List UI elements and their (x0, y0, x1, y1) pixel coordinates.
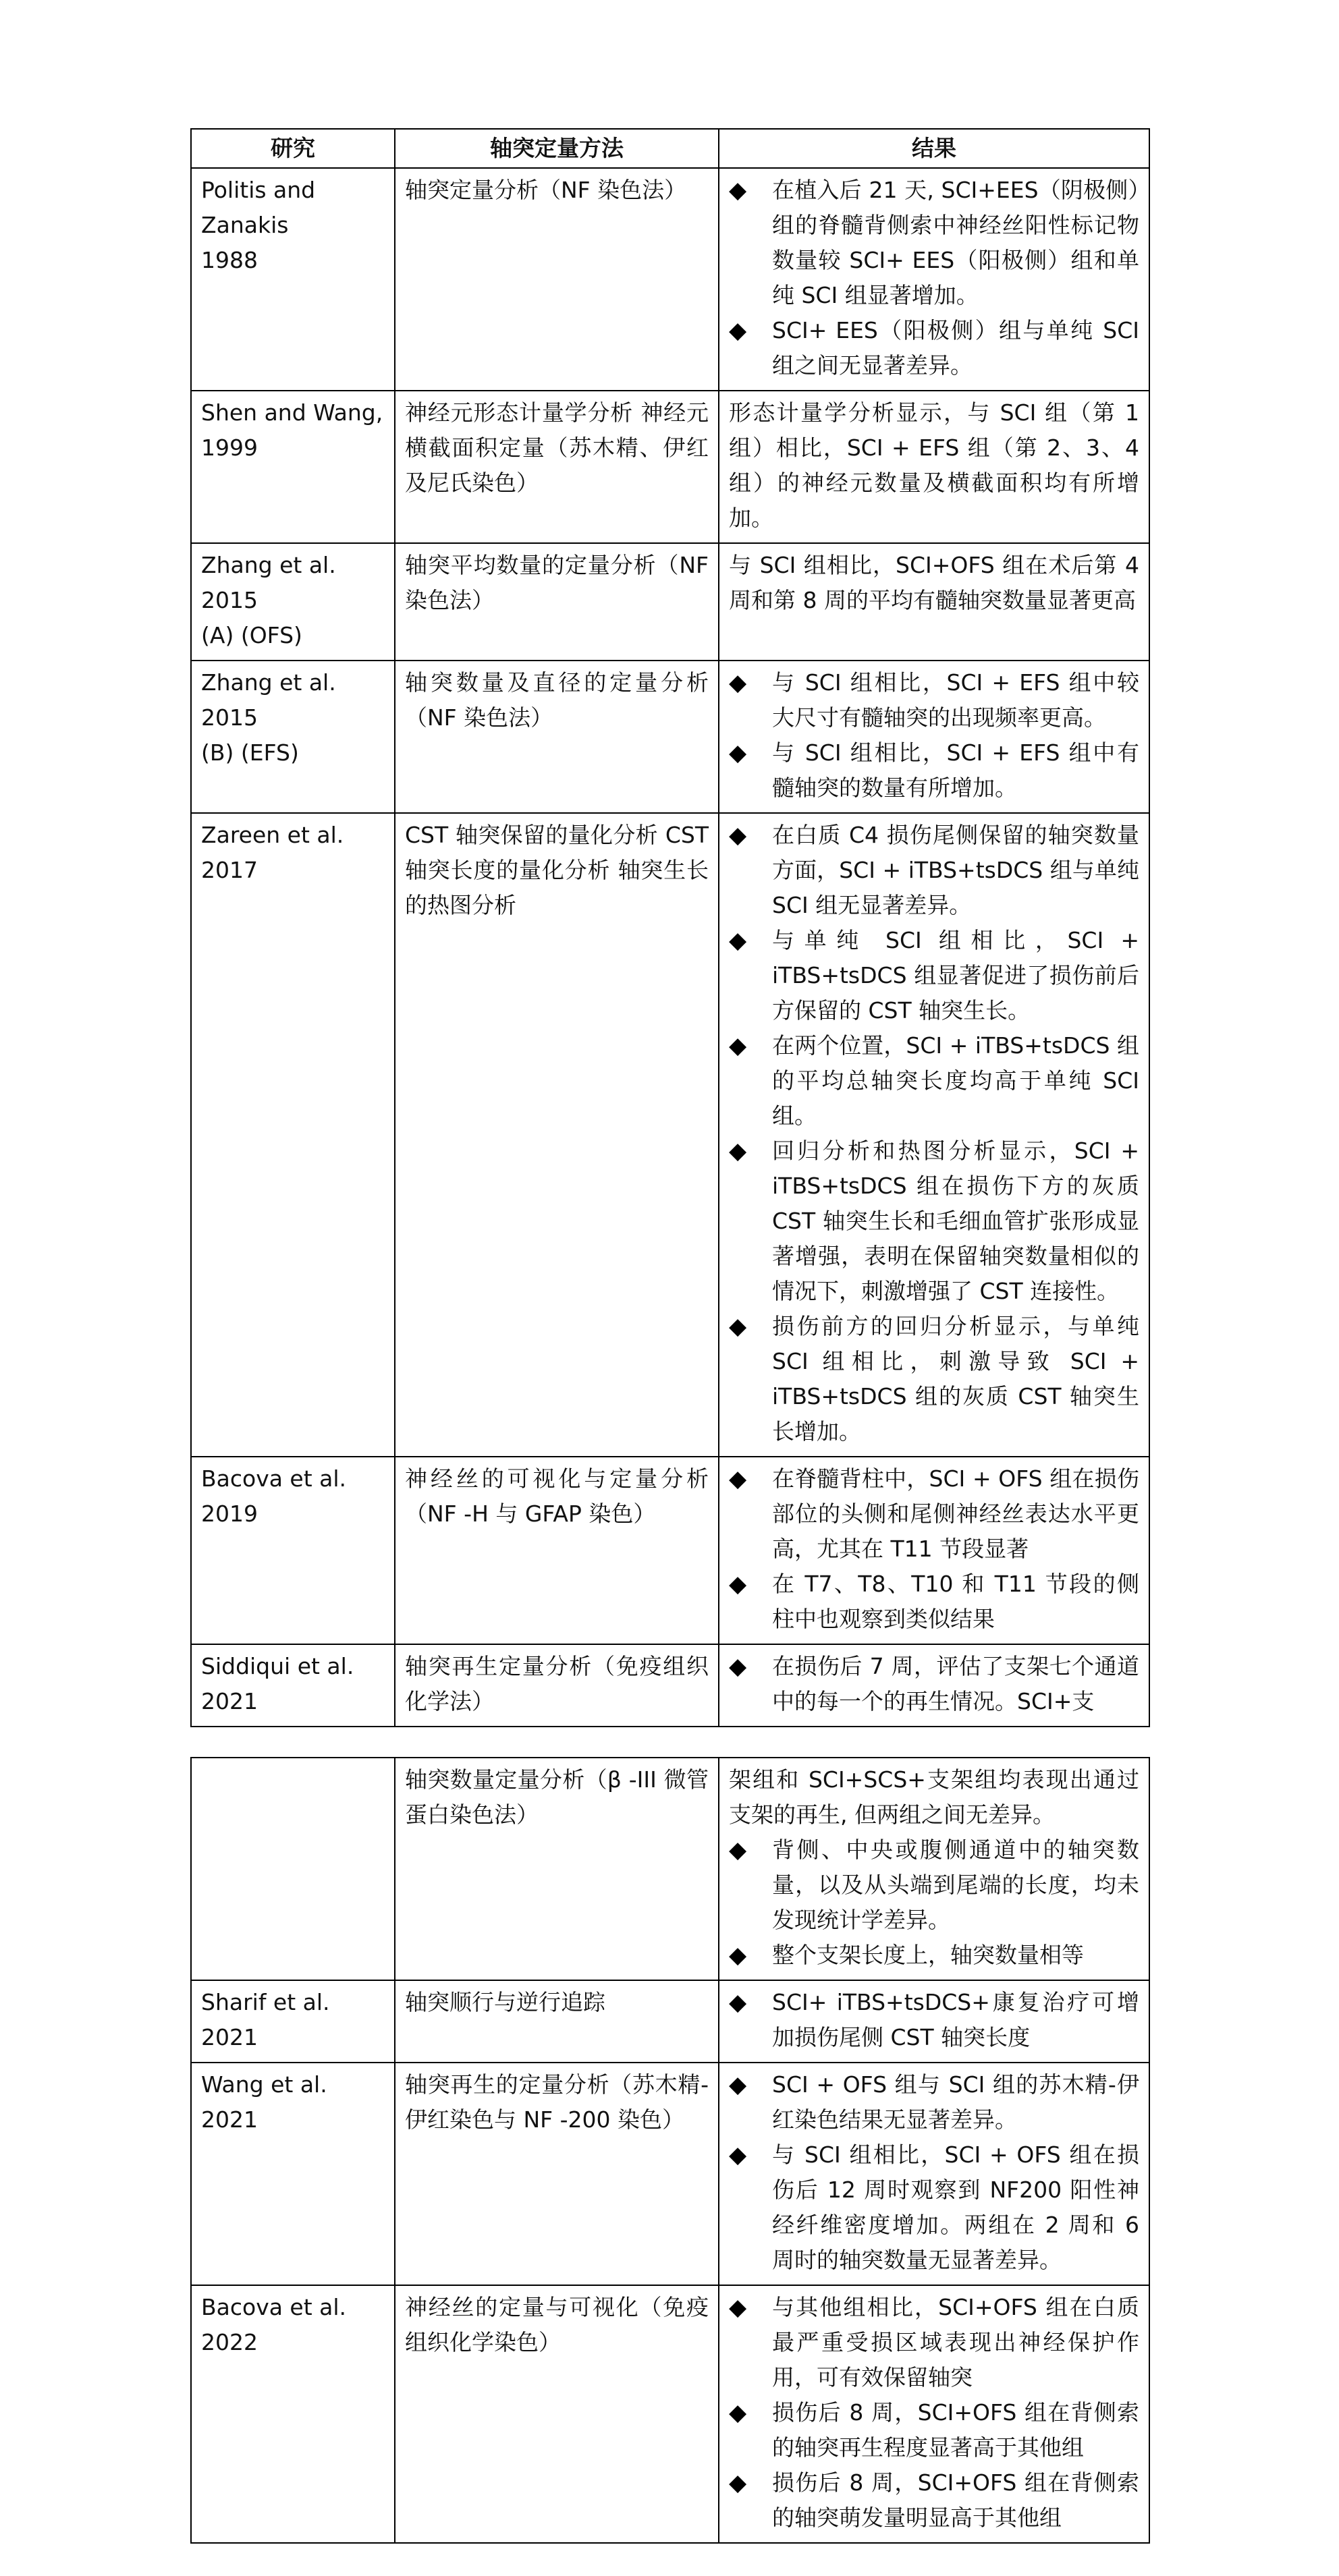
result-text: 与 SCI 组相比，SCI + OFS 组在损伤后 12 周时观察到 NF200… (772, 2137, 1139, 2278)
study-cell: Zhang et al.2015(B) (EFS) (191, 661, 395, 813)
study-line: Bacova et al. (201, 1461, 385, 1496)
study-line: 2019 (201, 1496, 385, 1532)
result-bullet-item: ◆在白质 C4 损伤尾侧保留的轴突数量方面，SCI + iTBS+tsDCS 组… (729, 818, 1139, 923)
result-text: 在植入后 21 天, SCI+EES（阴极侧）组的脊髓背侧索中神经丝阳性标记物数… (772, 173, 1139, 313)
diamond-bullet-icon: ◆ (729, 313, 772, 348)
table-row: 轴突数量定量分析（β -III 微管蛋白染色法）架组和 SCI+SCS+支架组均… (191, 1758, 1149, 1980)
result-text: 整个支架长度上，轴突数量相等 (772, 1938, 1139, 1973)
diamond-bullet-icon: ◆ (729, 1133, 772, 1169)
study-cell: Wang et al.2021 (191, 2063, 395, 2285)
result-text: 损伤后 8 周，SCI+OFS 组在背侧索的轴突萌发量明显高于其他组 (772, 2465, 1139, 2536)
study-line: 2022 (201, 2325, 385, 2360)
study-line: Wang et al. (201, 2067, 385, 2102)
studies-table-part-2: 轴突数量定量分析（β -III 微管蛋白染色法）架组和 SCI+SCS+支架组均… (190, 1757, 1150, 2544)
result-text: 背侧、中央或腹侧通道中的轴突数量，以及从头端到尾端的长度，均未发现统计学差异。 (772, 1832, 1139, 1938)
diamond-bullet-icon: ◆ (729, 2290, 772, 2325)
study-cell: Bacova et al.2022 (191, 2285, 395, 2543)
result-text: 架组和 SCI+SCS+支架组均表现出通过支架的再生, 但两组之间无差异。 (729, 1762, 1139, 1832)
method-cell: 神经丝的可视化与定量分析 （NF -H 与 GFAP 染色） (395, 1457, 719, 1644)
page: { "table": { "bullet_glyph": "◆", "heade… (0, 0, 1339, 2576)
diamond-bullet-icon: ◆ (729, 2137, 772, 2173)
study-line: Zanakis (201, 208, 385, 243)
results-cell: ◆SCI+ iTBS+tsDCS+康复治疗可增加损伤尾侧 CST 轴突长度 (719, 1980, 1149, 2063)
study-cell: Shen and Wang,1999 (191, 391, 395, 543)
results-cell: ◆与 SCI 组相比，SCI + EFS 组中较大尺寸有髓轴突的出现频率更高。◆… (719, 661, 1149, 813)
method-cell: 轴突再生定量分析（免疫组织化学法） (395, 1644, 719, 1727)
result-text: 在脊髓背柱中，SCI + OFS 组在损伤部位的头侧和尾侧神经丝表达水平更高，尤… (772, 1461, 1139, 1567)
studies-table-part-1: 研究轴突定量方法结果Politis andZanakis1988轴突定量分析（N… (190, 128, 1150, 1727)
study-line: (A) (OFS) (201, 618, 385, 653)
result-text: 回归分析和热图分析显示，SCI + iTBS+tsDCS 组在损伤下方的灰质 C… (772, 1133, 1139, 1309)
header-row: 研究轴突定量方法结果 (191, 129, 1149, 168)
result-bullet-item: ◆损伤后 8 周，SCI+OFS 组在背侧索的轴突萌发量明显高于其他组 (729, 2465, 1139, 2536)
results-cell: ◆在损伤后 7 周，评估了支架七个通道中的每一个的再生情况。SCI+支 (719, 1644, 1149, 1727)
result-text: 在 T7、T8、T10 和 T11 节段的侧柱中也观察到类似结果 (772, 1567, 1139, 1637)
diamond-bullet-icon: ◆ (729, 1938, 772, 1973)
method-cell: 轴突平均数量的定量分析（NF 染色法） (395, 543, 719, 661)
diamond-bullet-icon: ◆ (729, 1028, 772, 1063)
study-line: 2021 (201, 2102, 385, 2137)
study-line: Siddiqui et al. (201, 1649, 385, 1684)
result-text: 损伤前方的回归分析显示，与单纯 SCI 组相比，刺激导致 SCI + iTBS+… (772, 1309, 1139, 1449)
study-cell: Zhang et al.2015(A) (OFS) (191, 543, 395, 661)
diamond-bullet-icon: ◆ (729, 923, 772, 958)
document-body: 研究轴突定量方法结果Politis andZanakis1988轴突定量分析（N… (190, 128, 1149, 2544)
table-row: Zareen et al.2017CST 轴突保留的量化分析 CST 轴突长度的… (191, 813, 1149, 1457)
result-bullet-item: ◆背侧、中央或腹侧通道中的轴突数量，以及从头端到尾端的长度，均未发现统计学差异。 (729, 1832, 1139, 1938)
method-cell: 轴突顺行与逆行追踪 (395, 1980, 719, 2063)
result-bullet-item: ◆SCI+ iTBS+tsDCS+康复治疗可增加损伤尾侧 CST 轴突长度 (729, 1985, 1139, 2055)
method-cell: 神经元形态计量学分析 神经元横截面积定量（苏木精、伊红及尼氏染色） (395, 391, 719, 543)
result-bullet-item: ◆在脊髓背柱中，SCI + OFS 组在损伤部位的头侧和尾侧神经丝表达水平更高，… (729, 1461, 1139, 1567)
study-cell: Sharif et al.2021 (191, 1980, 395, 2063)
result-text: SCI+ iTBS+tsDCS+康复治疗可增加损伤尾侧 CST 轴突长度 (772, 1985, 1139, 2055)
results-cell: ◆在植入后 21 天, SCI+EES（阴极侧）组的脊髓背侧索中神经丝阳性标记物… (719, 168, 1149, 391)
result-text: 与 SCI 组相比，SCI + EFS 组中较大尺寸有髓轴突的出现频率更高。 (772, 665, 1139, 735)
diamond-bullet-icon: ◆ (729, 665, 772, 700)
table-row: Bacova et al.2019神经丝的可视化与定量分析 （NF -H 与 G… (191, 1457, 1149, 1644)
result-bullet-item: ◆在植入后 21 天, SCI+EES（阴极侧）组的脊髓背侧索中神经丝阳性标记物… (729, 173, 1139, 313)
study-line: Bacova et al. (201, 2290, 385, 2325)
method-cell: 轴突数量定量分析（β -III 微管蛋白染色法） (395, 1758, 719, 1980)
column-header-study: 研究 (191, 129, 395, 168)
method-cell: 轴突再生的定量分析（苏木精-伊红染色与 NF -200 染色） (395, 2063, 719, 2285)
diamond-bullet-icon: ◆ (729, 818, 772, 853)
result-text: 与 SCI 组相比，SCI + EFS 组中有髓轴突的数量有所增加。 (772, 735, 1139, 806)
study-line: Sharif et al. (201, 1985, 385, 2020)
diamond-bullet-icon: ◆ (729, 735, 772, 771)
result-bullet-item: ◆与 SCI 组相比，SCI + EFS 组中较大尺寸有髓轴突的出现频率更高。 (729, 665, 1139, 735)
study-line: Shen and Wang, (201, 395, 385, 430)
study-line: 1988 (201, 243, 385, 278)
table-row: Zhang et al.2015(B) (EFS)轴突数量及直径的定量分析 （N… (191, 661, 1149, 813)
study-line: Zareen et al. (201, 818, 385, 853)
result-bullet-item: ◆与单纯 SCI 组相比，SCI + iTBS+tsDCS 组显著促进了损伤前后… (729, 923, 1139, 1028)
study-line: 2021 (201, 1684, 385, 1719)
diamond-bullet-icon: ◆ (729, 1461, 772, 1496)
result-bullet-item: ◆在损伤后 7 周，评估了支架七个通道中的每一个的再生情况。SCI+支 (729, 1649, 1139, 1719)
diamond-bullet-icon: ◆ (729, 2465, 772, 2500)
result-bullet-item: ◆与 SCI 组相比，SCI + EFS 组中有髓轴突的数量有所增加。 (729, 735, 1139, 806)
column-header-method: 轴突定量方法 (395, 129, 719, 168)
diamond-bullet-icon: ◆ (729, 1309, 772, 1344)
result-text: 形态计量学分析显示，与 SCI 组（第 1 组）相比，SCI + EFS 组（第… (729, 395, 1139, 536)
table-row: Zhang et al.2015(A) (OFS)轴突平均数量的定量分析（NF … (191, 543, 1149, 661)
study-line: 2021 (201, 2020, 385, 2055)
result-text: 在损伤后 7 周，评估了支架七个通道中的每一个的再生情况。SCI+支 (772, 1649, 1139, 1719)
results-cell: ◆与其他组相比，SCI+OFS 组在白质最严重受损区域表现出神经保护作用，可有效… (719, 2285, 1149, 2543)
results-cell: ◆在白质 C4 损伤尾侧保留的轴突数量方面，SCI + iTBS+tsDCS 组… (719, 813, 1149, 1457)
study-cell: Zareen et al.2017 (191, 813, 395, 1457)
result-bullet-item: ◆损伤前方的回归分析显示，与单纯 SCI 组相比，刺激导致 SCI + iTBS… (729, 1309, 1139, 1449)
result-bullet-item: ◆SCI+ EES（阳极侧）组与单纯 SCI 组之间无显著差异。 (729, 313, 1139, 383)
diamond-bullet-icon: ◆ (729, 2067, 772, 2102)
diamond-bullet-icon: ◆ (729, 173, 772, 208)
study-line: Zhang et al. (201, 548, 385, 583)
study-line: 1999 (201, 430, 385, 466)
result-text: 损伤后 8 周，SCI+OFS 组在背侧索的轴突再生程度显著高于其他组 (772, 2395, 1139, 2465)
table-row: Bacova et al.2022神经丝的定量与可视化（免疫组织化学染色）◆与其… (191, 2285, 1149, 2543)
results-cell: 与 SCI 组相比，SCI+OFS 组在术后第 4 周和第 8 周的平均有髓轴突… (719, 543, 1149, 661)
result-bullet-item: ◆SCI + OFS 组与 SCI 组的苏木精-伊红染色结果无显著差异。 (729, 2067, 1139, 2137)
table-row: Politis andZanakis1988轴突定量分析（NF 染色法）◆在植入… (191, 168, 1149, 391)
result-text: SCI + OFS 组与 SCI 组的苏木精-伊红染色结果无显著差异。 (772, 2067, 1139, 2137)
result-text: 与其他组相比，SCI+OFS 组在白质最严重受损区域表现出神经保护作用，可有效保… (772, 2290, 1139, 2395)
study-line: Zhang et al. (201, 665, 385, 700)
results-cell: ◆SCI + OFS 组与 SCI 组的苏木精-伊红染色结果无显著差异。◆与 S… (719, 2063, 1149, 2285)
result-bullet-item: ◆回归分析和热图分析显示，SCI + iTBS+tsDCS 组在损伤下方的灰质 … (729, 1133, 1139, 1309)
result-bullet-item: ◆与其他组相比，SCI+OFS 组在白质最严重受损区域表现出神经保护作用，可有效… (729, 2290, 1139, 2395)
diamond-bullet-icon: ◆ (729, 1832, 772, 1868)
result-text: 与单纯 SCI 组相比，SCI + iTBS+tsDCS 组显著促进了损伤前后方… (772, 923, 1139, 1028)
method-cell: 轴突定量分析（NF 染色法） (395, 168, 719, 391)
results-cell: ◆在脊髓背柱中，SCI + OFS 组在损伤部位的头侧和尾侧神经丝表达水平更高，… (719, 1457, 1149, 1644)
table-row: Sharif et al.2021轴突顺行与逆行追踪◆SCI+ iTBS+tsD… (191, 1980, 1149, 2063)
result-text: 在两个位置，SCI + iTBS+tsDCS 组的平均总轴突长度均高于单纯 SC… (772, 1028, 1139, 1133)
study-cell (191, 1758, 395, 1980)
diamond-bullet-icon: ◆ (729, 1649, 772, 1684)
column-header-result: 结果 (719, 129, 1149, 168)
results-cell: 架组和 SCI+SCS+支架组均表现出通过支架的再生, 但两组之间无差异。◆背侧… (719, 1758, 1149, 1980)
result-bullet-item: ◆与 SCI 组相比，SCI + OFS 组在损伤后 12 周时观察到 NF20… (729, 2137, 1139, 2278)
study-line: 2017 (201, 853, 385, 888)
study-cell: Politis andZanakis1988 (191, 168, 395, 391)
study-line: Politis and (201, 173, 385, 208)
method-cell: 轴突数量及直径的定量分析 （NF 染色法） (395, 661, 719, 813)
table-row: Wang et al.2021轴突再生的定量分析（苏木精-伊红染色与 NF -2… (191, 2063, 1149, 2285)
results-cell: 形态计量学分析显示，与 SCI 组（第 1 组）相比，SCI + EFS 组（第… (719, 391, 1149, 543)
method-cell: CST 轴突保留的量化分析 CST 轴突长度的量化分析 轴突生长的热图分析 (395, 813, 719, 1457)
result-bullet-item: ◆在两个位置，SCI + iTBS+tsDCS 组的平均总轴突长度均高于单纯 S… (729, 1028, 1139, 1133)
result-bullet-item: ◆损伤后 8 周，SCI+OFS 组在背侧索的轴突再生程度显著高于其他组 (729, 2395, 1139, 2465)
table-row: Shen and Wang,1999神经元形态计量学分析 神经元横截面积定量（苏… (191, 391, 1149, 543)
study-line: (B) (EFS) (201, 735, 385, 771)
study-cell: Siddiqui et al.2021 (191, 1644, 395, 1727)
result-text: 与 SCI 组相比，SCI+OFS 组在术后第 4 周和第 8 周的平均有髓轴突… (729, 548, 1139, 618)
result-text: SCI+ EES（阳极侧）组与单纯 SCI 组之间无显著差异。 (772, 313, 1139, 383)
result-bullet-item: ◆在 T7、T8、T10 和 T11 节段的侧柱中也观察到类似结果 (729, 1567, 1139, 1637)
table-row: Siddiqui et al.2021轴突再生定量分析（免疫组织化学法）◆在损伤… (191, 1644, 1149, 1727)
diamond-bullet-icon: ◆ (729, 1985, 772, 2020)
diamond-bullet-icon: ◆ (729, 2395, 772, 2430)
result-bullet-item: ◆整个支架长度上，轴突数量相等 (729, 1938, 1139, 1973)
diamond-bullet-icon: ◆ (729, 1567, 772, 1602)
study-cell: Bacova et al.2019 (191, 1457, 395, 1644)
method-cell: 神经丝的定量与可视化（免疫组织化学染色） (395, 2285, 719, 2543)
study-line: 2015 (201, 700, 385, 735)
study-line: 2015 (201, 583, 385, 618)
result-text: 在白质 C4 损伤尾侧保留的轴突数量方面，SCI + iTBS+tsDCS 组与… (772, 818, 1139, 923)
